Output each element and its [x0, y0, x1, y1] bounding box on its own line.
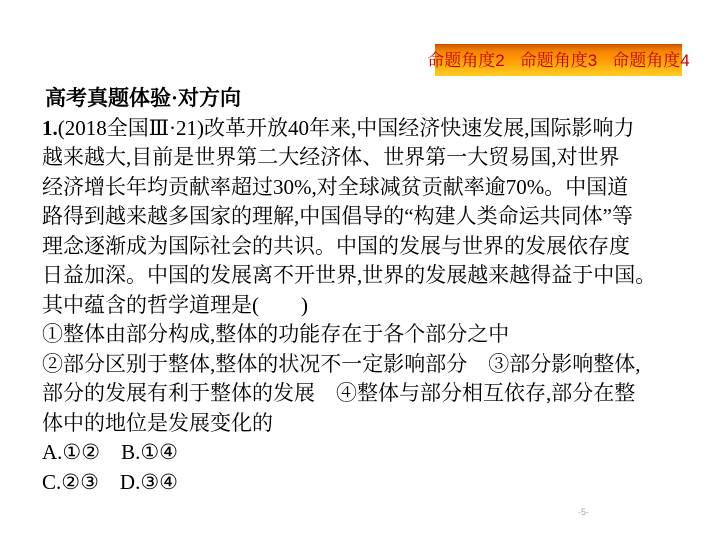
question-text-line: 路得到越来越多国家的理解,中国倡导的“构建人类命运共同体”等 — [42, 202, 698, 232]
question-text-line: 日益加深。中国的发展离不开世界,世界的发展越来越得益于中国。 — [42, 261, 698, 291]
topic-ribbon: 命题角度2 命题角度3 命题角度4 — [435, 44, 682, 76]
statement-line-3: 部分的发展有利于整体的发展 ④整体与部分相互依存,部分在整 — [42, 379, 698, 409]
statement-line-1: ①整体由部分构成,整体的功能存在于各个部分之中 — [42, 320, 698, 350]
question-number: 1. — [42, 116, 58, 140]
ribbon-item-angle-4[interactable]: 命题角度4 — [612, 52, 689, 69]
answer-options-cd: C.②③ D.③④ — [42, 468, 698, 498]
page-number: -5- — [578, 507, 589, 517]
question-block: 高考真题体验·对方向 1.(2018全国Ⅲ·21)改革开放40年来,中国经济快速… — [42, 84, 698, 497]
ribbon-item-angle-3[interactable]: 命题角度3 — [520, 52, 597, 69]
question-intro: (2018全国Ⅲ·21)改革开放40年来,中国经济快速发展,国际影响力 — [58, 116, 635, 140]
question-text-line: 理念逐渐成为国际社会的共识。中国的发展与世界的发展依存度 — [42, 232, 698, 262]
question-stem-line: 其中蕴含的哲学道理是( ) — [42, 291, 698, 321]
statement-line-2: ②部分区别于整体,整体的状况不一定影响部分 ③部分影响整体, — [42, 350, 698, 380]
section-heading: 高考真题体验·对方向 — [42, 84, 698, 114]
question-text-line: 经济增长年均贡献率超过30%,对全球减贫贡献率逾70%。中国道 — [42, 173, 698, 203]
answer-options-ab: A.①② B.①④ — [42, 438, 698, 468]
statement-line-4: 体中的地位是发展变化的 — [42, 409, 698, 439]
ribbon-item-angle-2[interactable]: 命题角度2 — [427, 52, 504, 69]
question-text-line: 越来越大,目前是世界第二大经济体、世界第一大贸易国,对世界 — [42, 143, 698, 173]
question-first-line: 1.(2018全国Ⅲ·21)改革开放40年来,中国经济快速发展,国际影响力 — [42, 114, 698, 144]
